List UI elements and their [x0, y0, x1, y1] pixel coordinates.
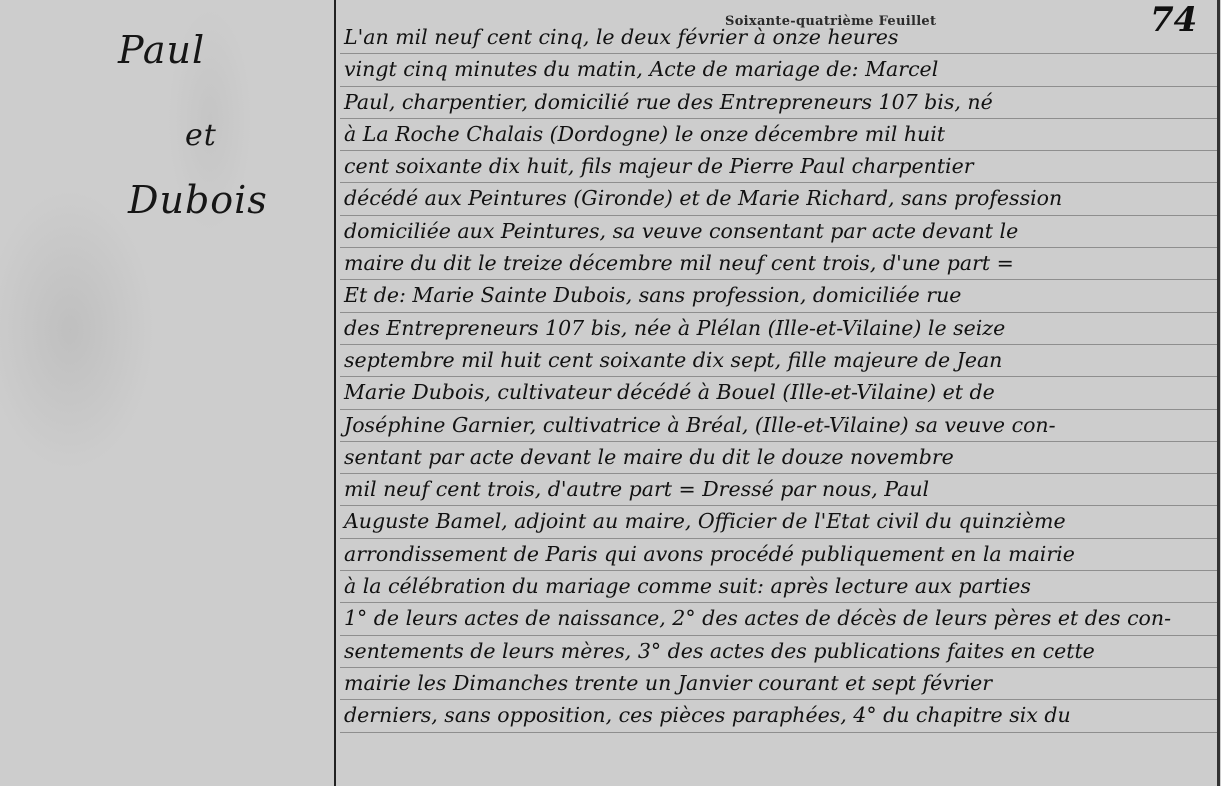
text-line: 1° de leurs actes de naissance, 2° des a…	[340, 603, 1217, 635]
margin-column: Paul et Dubois	[0, 0, 334, 786]
text-line: Auguste Bamel, adjoint au maire, Officie…	[340, 506, 1217, 538]
text-line: Joséphine Garnier, cultivatrice à Bréal,…	[340, 410, 1217, 442]
act-text-body: L'an mil neuf cent cinq, le deux février…	[340, 22, 1217, 733]
text-line: vingt cinq minutes du matin, Acte de mar…	[340, 54, 1217, 86]
text-line: derniers, sans opposition, ces pièces pa…	[340, 700, 1217, 732]
margin-groom-surname: Paul	[118, 28, 205, 72]
text-line: sentements de leurs mères, 3° des actes …	[340, 636, 1217, 668]
text-line: domiciliée aux Peintures, sa veuve conse…	[340, 216, 1217, 248]
text-line: Paul, charpentier, domicilié rue des Ent…	[340, 87, 1217, 119]
text-line: septembre mil huit cent soixante dix sep…	[340, 345, 1217, 377]
page-edge-rule	[1217, 0, 1220, 786]
text-line: Et de: Marie Sainte Dubois, sans profess…	[340, 280, 1217, 312]
text-line: Marie Dubois, cultivateur décédé à Bouel…	[340, 377, 1217, 409]
text-line: L'an mil neuf cent cinq, le deux février…	[340, 22, 1217, 54]
margin-rule-divider	[334, 0, 336, 786]
text-line: décédé aux Peintures (Gironde) et de Mar…	[340, 183, 1217, 215]
margin-conjunction: et	[185, 118, 217, 153]
text-line: à La Roche Chalais (Dordogne) le onze dé…	[340, 119, 1217, 151]
text-line: à la célébration du mariage comme suit: …	[340, 571, 1217, 603]
text-line: mil neuf cent trois, d'autre part = Dres…	[340, 474, 1217, 506]
text-line: des Entrepreneurs 107 bis, née à Plélan …	[340, 313, 1217, 345]
text-line: mairie les Dimanches trente un Janvier c…	[340, 668, 1217, 700]
text-line: arrondissement de Paris qui avons procéd…	[340, 539, 1217, 571]
text-line: cent soixante dix huit, fils majeur de P…	[340, 151, 1217, 183]
text-line: sentant par acte devant le maire du dit …	[340, 442, 1217, 474]
text-line: maire du dit le treize décembre mil neuf…	[340, 248, 1217, 280]
register-page: Paul et Dubois Soixante-quatrième Feuill…	[0, 0, 1221, 786]
margin-bride-surname: Dubois	[128, 178, 268, 222]
